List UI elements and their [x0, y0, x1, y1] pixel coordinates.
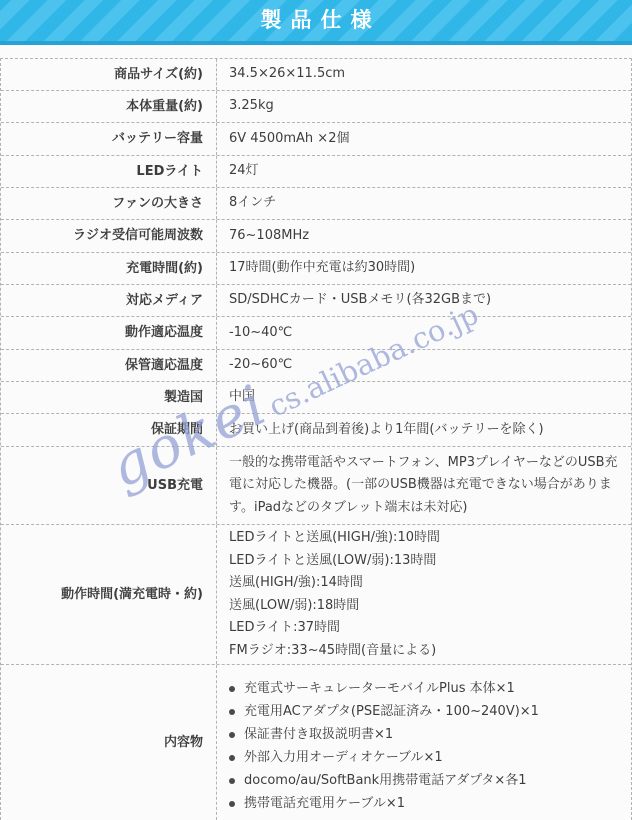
package-contents-item: 充電用ACアダプタ(PSE認証済み・100~240V)×1 — [244, 700, 539, 723]
spec-label: 動作時間(満充電時・約) — [1, 525, 217, 664]
package-contents-item: 携帯電話充電用ケーブル×1 — [244, 792, 405, 815]
spec-row-radio-frequency: ラジオ受信可能周波数 76~108MHz — [1, 219, 631, 252]
spec-label: 動作適応温度 — [1, 317, 217, 349]
spec-value: 6V 4500mAh ×2個 — [217, 123, 631, 155]
bullet-icon — [229, 686, 235, 692]
spec-label: ラジオ受信可能周波数 — [1, 220, 217, 252]
spec-value: お買い上げ(商品到着後)より1年間(バッテリーを除く) — [217, 414, 631, 446]
spec-header-banner: 製品仕様 — [0, 0, 632, 45]
spec-table: 商品サイズ(約) 34.5×26×11.5cm 本体重量(約) 3.25kg バ… — [0, 58, 632, 820]
list-item: 保証書付き取扱説明書×1 — [229, 723, 621, 746]
page-title: 製品仕様 — [0, 0, 632, 40]
operating-time-line: 送風(HIGH/強):14時間 — [229, 572, 621, 595]
spec-row-led-light: LEDライト 24灯 — [1, 155, 631, 187]
spec-value: 8インチ — [217, 188, 631, 219]
spec-row-weight: 本体重量(約) 3.25kg — [1, 90, 631, 122]
operating-time-line: LEDライトと送風(HIGH/強):10時間 — [229, 527, 621, 550]
bullet-icon — [229, 732, 235, 738]
spec-value: 24灯 — [217, 156, 631, 187]
spec-row-package-contents: 内容物 充電式サーキュレーターモバイルPlus 本体×1 充電用ACアダプタ(P… — [1, 664, 631, 820]
spec-label: LEDライト — [1, 156, 217, 187]
spec-label: 充電時間(約) — [1, 253, 217, 284]
spec-value: 中国 — [217, 382, 631, 413]
spec-label: USB充電 — [1, 447, 217, 525]
package-contents-item: docomo/au/SoftBank用携帯電話アダプタ×各1 — [244, 769, 527, 792]
bullet-icon — [229, 709, 235, 715]
spec-label: 内容物 — [1, 665, 217, 820]
spec-label: 保証期間 — [1, 414, 217, 446]
spec-row-product-size: 商品サイズ(約) 34.5×26×11.5cm — [1, 59, 631, 90]
list-item: 外部入力用オーディオケーブル×1 — [229, 746, 621, 769]
spec-label: 商品サイズ(約) — [1, 59, 217, 90]
spec-value: -10~40℃ — [217, 317, 631, 349]
spec-row-operating-temp: 動作適応温度 -10~40℃ — [1, 316, 631, 349]
spec-value: 34.5×26×11.5cm — [217, 59, 631, 90]
package-contents-item: 充電式サーキュレーターモバイルPlus 本体×1 — [244, 677, 515, 700]
bullet-icon — [229, 778, 235, 784]
list-item: 充電式サーキュレーターモバイルPlus 本体×1 — [229, 677, 621, 700]
spec-value: 充電式サーキュレーターモバイルPlus 本体×1 充電用ACアダプタ(PSE認証… — [217, 665, 631, 820]
spec-row-battery-capacity: バッテリー容量 6V 4500mAh ×2個 — [1, 122, 631, 155]
package-contents-item: 保証書付き取扱説明書×1 — [244, 723, 393, 746]
spec-row-operating-time: 動作時間(満充電時・約) LEDライトと送風(HIGH/強):10時間 LEDラ… — [1, 524, 631, 664]
list-item: docomo/au/SoftBank用携帯電話アダプタ×各1 — [229, 769, 621, 792]
spec-value: 一般的な携帯電話やスマートフォン、MP3プレイヤーなどのUSB充電に対応した機器… — [217, 447, 631, 525]
spec-label: 対応メディア — [1, 285, 217, 316]
spec-label: バッテリー容量 — [1, 123, 217, 155]
bullet-icon — [229, 755, 235, 761]
spec-label: 製造国 — [1, 382, 217, 413]
spec-row-storage-temp: 保管適応温度 -20~60℃ — [1, 349, 631, 381]
spec-label: 本体重量(約) — [1, 91, 217, 122]
spec-value: 17時間(動作中充電は約30時間) — [217, 253, 631, 284]
operating-time-line: FMラジオ:33~45時間(音量による) — [229, 640, 621, 663]
spec-label: 保管適応温度 — [1, 350, 217, 381]
spec-row-usb-charging: USB充電 一般的な携帯電話やスマートフォン、MP3プレイヤーなどのUSB充電に… — [1, 446, 631, 525]
bullet-icon — [229, 801, 235, 807]
package-contents-item: 外部入力用オーディオケーブル×1 — [244, 746, 443, 769]
spec-row-supported-media: 対応メディア SD/SDHCカード・USBメモリ(各32GBまで) — [1, 284, 631, 316]
list-item: 携帯電話充電用ケーブル×1 — [229, 792, 621, 815]
spec-value: SD/SDHCカード・USBメモリ(各32GBまで) — [217, 285, 631, 316]
spec-row-country-of-origin: 製造国 中国 — [1, 381, 631, 413]
operating-time-line: LEDライト:37時間 — [229, 617, 621, 640]
spec-row-warranty-period: 保証期間 お買い上げ(商品到着後)より1年間(バッテリーを除く) — [1, 413, 631, 446]
operating-time-line: 送風(LOW/弱):18時間 — [229, 595, 621, 618]
spec-row-charge-time: 充電時間(約) 17時間(動作中充電は約30時間) — [1, 252, 631, 284]
list-item: 充電用ACアダプタ(PSE認証済み・100~240V)×1 — [229, 700, 621, 723]
operating-time-line: LEDライトと送風(LOW/弱):13時間 — [229, 550, 621, 573]
spec-value: LEDライトと送風(HIGH/強):10時間 LEDライトと送風(LOW/弱):… — [217, 525, 631, 664]
spec-label: ファンの大きさ — [1, 188, 217, 219]
spec-value: 3.25kg — [217, 91, 631, 122]
spec-value: 76~108MHz — [217, 220, 631, 252]
spec-row-fan-size: ファンの大きさ 8インチ — [1, 187, 631, 219]
spec-value: -20~60℃ — [217, 350, 631, 381]
